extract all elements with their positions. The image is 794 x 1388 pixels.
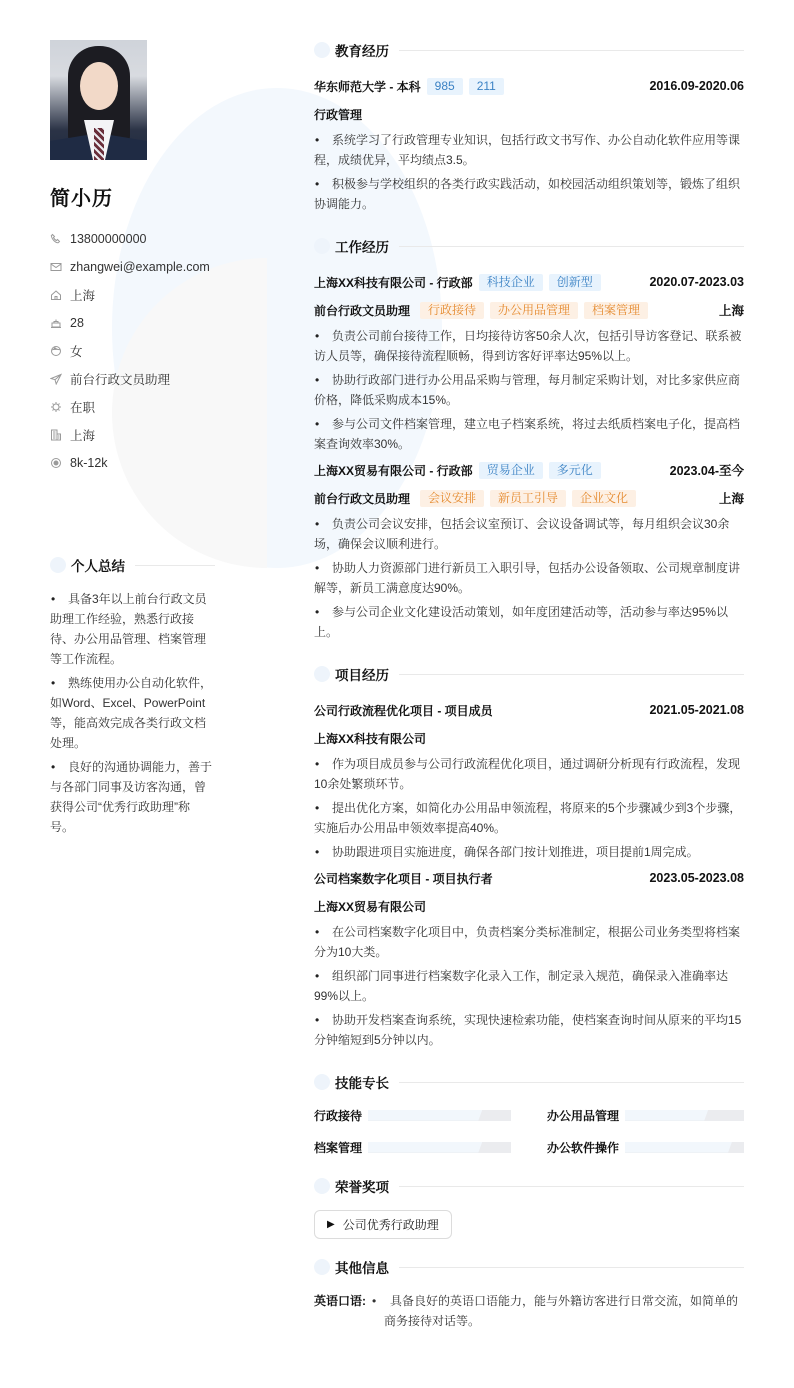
desc-item: 组织部门同事进行档案数字化录入工作，制定录入规范，确保录入准确率达99%以上。 — [314, 966, 744, 1006]
candidate-name: 简小历 — [50, 182, 215, 211]
summary-list: 具备3年以上前台行政文员助理工作经验，熟悉行政接待、办公用品管理、档案管理等工作… — [50, 589, 212, 837]
work-city-value: 上海 — [70, 426, 95, 444]
section-title: 其他信息 — [314, 1257, 744, 1277]
skills-grid: 行政接待 办公用品管理 档案管理 办公软件操作 — [314, 1106, 744, 1156]
desc-item: 协助跟进项目实施进度，确保各部门按计划推进，项目提前1周完成。 — [314, 842, 744, 862]
award-item: ▶ 公司优秀行政助理 — [314, 1210, 452, 1239]
avatar-photo — [50, 40, 147, 160]
divider — [399, 246, 744, 247]
divider — [399, 1186, 744, 1187]
summary-item: 具备3年以上前台行政文员助理工作经验，熟悉行政接待、办公用品管理、档案管理等工作… — [50, 589, 212, 669]
company-name: 上海XX贸易有限公司 - 行政部 — [314, 462, 473, 479]
status-icon — [50, 401, 62, 413]
skill-bar-fill — [625, 1142, 732, 1153]
contact-age: 28 — [50, 309, 215, 337]
company-tag: 创新型 — [549, 274, 601, 291]
divider — [399, 50, 744, 51]
triangle-right-icon: ▶ — [327, 1219, 335, 1230]
role-tag: 行政接待 — [420, 302, 484, 319]
role-name: 前台行政文员助理 — [314, 302, 410, 319]
contact-phone: 13800000000 — [50, 225, 215, 253]
contact-salary: 8k-12k — [50, 449, 215, 477]
project-org: 上海XX贸易有限公司 — [314, 898, 426, 915]
section-dot-icon — [314, 666, 330, 682]
skill-bar-fill — [625, 1110, 708, 1121]
job-entry: 上海XX科技有限公司 - 行政部 科技企业 创新型 2020.07-2023.0… — [314, 272, 744, 454]
work-title: 工作经历 — [335, 236, 389, 256]
education-desc: 系统学习了行政管理专业知识，包括行政文书写作、办公自动化软件应用等课程，成绩优异… — [314, 130, 744, 214]
cake-icon — [50, 317, 62, 329]
skill-bar — [625, 1110, 744, 1121]
skill-item: 行政接待 — [314, 1106, 511, 1124]
divider — [399, 1082, 744, 1083]
project-entry: 公司档案数字化项目 - 项目执行者 2023.05-2023.08 上海XX贸易… — [314, 868, 744, 1050]
other-key: 英语口语: — [314, 1291, 366, 1331]
desc-item: 提出优化方案，如简化办公用品申领流程，将原来的5个步骤减少到3个步骤，实施后办公… — [314, 798, 744, 838]
main-content: 教育经历 华东师范大学 - 本科 985 211 2016.09-2020.06… — [314, 40, 744, 1331]
contact-city: 上海 — [50, 281, 215, 309]
section-title: 个人总结 — [50, 555, 215, 575]
education-section: 教育经历 华东师范大学 - 本科 985 211 2016.09-2020.06… — [314, 40, 744, 214]
skill-bar-fill — [368, 1110, 482, 1121]
other-title: 其他信息 — [335, 1257, 389, 1277]
section-title: 荣誉奖项 — [314, 1176, 744, 1196]
skill-bar — [625, 1142, 744, 1153]
school-name: 华东师范大学 - 本科 — [314, 78, 421, 95]
contact-list: 13800000000 zhangwei@example.com 上海 28 女… — [50, 225, 215, 477]
skill-bar — [368, 1142, 511, 1153]
phone-icon — [50, 233, 62, 245]
awards-title: 荣誉奖项 — [335, 1176, 389, 1196]
project-date: 2023.05-2023.08 — [649, 871, 744, 885]
desc-item: 协助行政部门进行办公用品采购与管理，每月制定采购计划，对比多家供应商价格，降低采… — [314, 370, 744, 410]
building-icon — [50, 429, 62, 441]
section-dot-icon — [314, 1178, 330, 1194]
skill-name: 行政接待 — [314, 1107, 362, 1124]
school-tag: 211 — [469, 78, 504, 95]
summary-item: 熟练使用办公自动化软件，如Word、Excel、PowerPoint等，能高效完… — [50, 673, 212, 753]
salary-icon — [50, 457, 62, 469]
section-title: 技能专长 — [314, 1072, 744, 1092]
project-org: 上海XX科技有限公司 — [314, 730, 426, 747]
skill-item: 档案管理 — [314, 1138, 511, 1156]
contact-status: 在职 — [50, 393, 215, 421]
job-header: 上海XX贸易有限公司 - 行政部 贸易企业 多元化 2023.04-至今 — [314, 460, 744, 480]
project-header: 公司行政流程优化项目 - 项目成员 2021.05-2021.08 — [314, 700, 744, 720]
phone-value: 13800000000 — [70, 232, 146, 246]
project-org-row: 上海XX贸易有限公司 — [314, 896, 744, 916]
other-values: 具备良好的英语口语能力，能与外籍访客进行日常交流，如简单的商务接待对话等。 — [366, 1291, 744, 1331]
skill-bar — [368, 1110, 511, 1121]
contact-position: 前台行政文员助理 — [50, 365, 215, 393]
skills-title: 技能专长 — [335, 1072, 389, 1092]
email-value: zhangwei@example.com — [70, 260, 210, 274]
company-tag: 贸易企业 — [479, 462, 543, 479]
desc-item: 负责公司会议安排，包括会议室预订、会议设备调试等，每月组织会议30余场，确保会议… — [314, 514, 744, 554]
job-location: 上海 — [719, 489, 744, 507]
gender-icon — [50, 345, 62, 357]
project-date: 2021.05-2021.08 — [649, 703, 744, 717]
sidebar: 简小历 13800000000 zhangwei@example.com 上海 … — [50, 40, 215, 841]
company-name: 上海XX科技有限公司 - 行政部 — [314, 274, 473, 291]
job-header: 上海XX科技有限公司 - 行政部 科技企业 创新型 2020.07-2023.0… — [314, 272, 744, 292]
project-header: 公司档案数字化项目 - 项目执行者 2023.05-2023.08 — [314, 868, 744, 888]
project-desc: 在公司档案数字化项目中，负责档案分类标准制定，根据公司业务类型将档案分为10大类… — [314, 922, 744, 1050]
gender-value: 女 — [70, 342, 83, 360]
job-date: 2020.07-2023.03 — [649, 275, 744, 289]
desc-item: 积极参与学校组织的各类行政实践活动，如校园活动组织策划等，锻炼了组织协调能力。 — [314, 174, 744, 214]
skill-bar-fill — [368, 1142, 482, 1153]
skill-name: 档案管理 — [314, 1139, 362, 1156]
job-location: 上海 — [719, 301, 744, 319]
work-section: 工作经历 上海XX科技有限公司 - 行政部 科技企业 创新型 2020.07-2… — [314, 236, 744, 642]
project-name: 公司档案数字化项目 - 项目执行者 — [314, 870, 493, 887]
divider — [399, 674, 744, 675]
section-dot-icon — [314, 238, 330, 254]
divider — [399, 1267, 744, 1268]
role-row: 前台行政文员助理 会议安排 新员工引导 企业文化 上海 — [314, 488, 744, 508]
divider — [135, 565, 215, 566]
education-date: 2016.09-2020.06 — [649, 79, 744, 93]
project-org-row: 上海XX科技有限公司 — [314, 728, 744, 748]
desc-item: 参与公司企业文化建设活动策划，如年度团建活动等，活动参与率达95%以上。 — [314, 602, 744, 642]
position-value: 前台行政文员助理 — [70, 370, 170, 388]
desc-item: 在公司档案数字化项目中，负责档案分类标准制定，根据公司业务类型将档案分为10大类… — [314, 922, 744, 962]
desc-item: 协助开发档案查询系统，实现快速检索功能，使档案查询时间从原来的平均15分钟缩短到… — [314, 1010, 744, 1050]
section-title: 项目经历 — [314, 664, 744, 684]
contact-email: zhangwei@example.com — [50, 253, 215, 281]
section-title: 教育经历 — [314, 40, 744, 60]
awards-section: 荣誉奖项 ▶ 公司优秀行政助理 — [314, 1176, 744, 1239]
other-value: 具备良好的英语口语能力，能与外籍访客进行日常交流，如简单的商务接待对话等。 — [366, 1291, 744, 1331]
school-tag: 985 — [427, 78, 463, 95]
project-desc: 作为项目成员参与公司行政流程优化项目，通过调研分析现有行政流程，发现10余处繁琐… — [314, 754, 744, 862]
desc-item: 负责公司前台接待工作，日均接待访客50余人次，包括引导访客登记、联系被访人员等，… — [314, 326, 744, 366]
project-entry: 公司行政流程优化项目 - 项目成员 2021.05-2021.08 上海XX科技… — [314, 700, 744, 862]
job-desc: 负责公司前台接待工作，日均接待访客50余人次，包括引导访客登记、联系被访人员等，… — [314, 326, 744, 454]
major-name: 行政管理 — [314, 106, 362, 123]
skill-item: 办公软件操作 — [547, 1138, 744, 1156]
role-row: 前台行政文员助理 行政接待 办公用品管理 档案管理 上海 — [314, 300, 744, 320]
desc-item: 作为项目成员参与公司行政流程优化项目，通过调研分析现有行政流程，发现10余处繁琐… — [314, 754, 744, 794]
education-header: 华东师范大学 - 本科 985 211 2016.09-2020.06 — [314, 76, 744, 96]
skill-name: 办公软件操作 — [547, 1139, 619, 1156]
job-desc: 负责公司会议安排，包括会议室预订、会议设备调试等，每月组织会议30余场，确保会议… — [314, 514, 744, 642]
salary-value: 8k-12k — [70, 456, 108, 470]
contact-work-city: 上海 — [50, 421, 215, 449]
section-dot-icon — [314, 1074, 330, 1090]
other-item: 英语口语: 具备良好的英语口语能力，能与外籍访客进行日常交流，如简单的商务接待对… — [314, 1291, 744, 1331]
section-dot-icon — [314, 1259, 330, 1275]
award-name: 公司优秀行政助理 — [343, 1216, 439, 1233]
desc-item: 协助人力资源部门进行新员工入职引导，包括办公设备领取、公司规章制度讲解等，新员工… — [314, 558, 744, 598]
home-icon — [50, 289, 62, 301]
major-row: 行政管理 — [314, 104, 744, 124]
summary-item: 良好的沟通协调能力，善于与各部门同事及访客沟通，曾获得公司“优秀行政助理”称号。 — [50, 757, 212, 837]
role-tag: 企业文化 — [572, 490, 636, 507]
desc-item: 参与公司文件档案管理，建立电子档案系统，将过去纸质档案电子化，提高档案查询效率3… — [314, 414, 744, 454]
company-tag: 科技企业 — [479, 274, 543, 291]
role-tag: 会议安排 — [420, 490, 484, 507]
projects-section: 项目经历 公司行政流程优化项目 - 项目成员 2021.05-2021.08 上… — [314, 664, 744, 1050]
send-icon — [50, 373, 62, 385]
status-value: 在职 — [70, 398, 95, 416]
role-tag: 办公用品管理 — [490, 302, 578, 319]
job-date: 2023.04-至今 — [670, 461, 744, 479]
skill-name: 办公用品管理 — [547, 1107, 619, 1124]
project-name: 公司行政流程优化项目 - 项目成员 — [314, 702, 493, 719]
role-tag: 档案管理 — [584, 302, 648, 319]
company-tag: 多元化 — [549, 462, 601, 479]
skills-section: 技能专长 行政接待 办公用品管理 档案管理 办公软件操作 — [314, 1072, 744, 1156]
other-section: 其他信息 英语口语: 具备良好的英语口语能力，能与外籍访客进行日常交流，如简单的… — [314, 1257, 744, 1331]
section-dot-icon — [50, 557, 66, 573]
role-tag: 新员工引导 — [490, 490, 566, 507]
summary-section: 个人总结 具备3年以上前台行政文员助理工作经验，熟悉行政接待、办公用品管理、档案… — [50, 555, 215, 837]
summary-title: 个人总结 — [71, 555, 125, 575]
projects-title: 项目经历 — [335, 664, 389, 684]
mail-icon — [50, 261, 62, 273]
job-entry: 上海XX贸易有限公司 - 行政部 贸易企业 多元化 2023.04-至今 前台行… — [314, 460, 744, 642]
role-name: 前台行政文员助理 — [314, 490, 410, 507]
education-title: 教育经历 — [335, 40, 389, 60]
city-value: 上海 — [70, 286, 95, 304]
skill-item: 办公用品管理 — [547, 1106, 744, 1124]
desc-item: 系统学习了行政管理专业知识，包括行政文书写作、办公自动化软件应用等课程，成绩优异… — [314, 130, 744, 170]
age-value: 28 — [70, 316, 84, 330]
section-title: 工作经历 — [314, 236, 744, 256]
section-dot-icon — [314, 42, 330, 58]
contact-gender: 女 — [50, 337, 215, 365]
